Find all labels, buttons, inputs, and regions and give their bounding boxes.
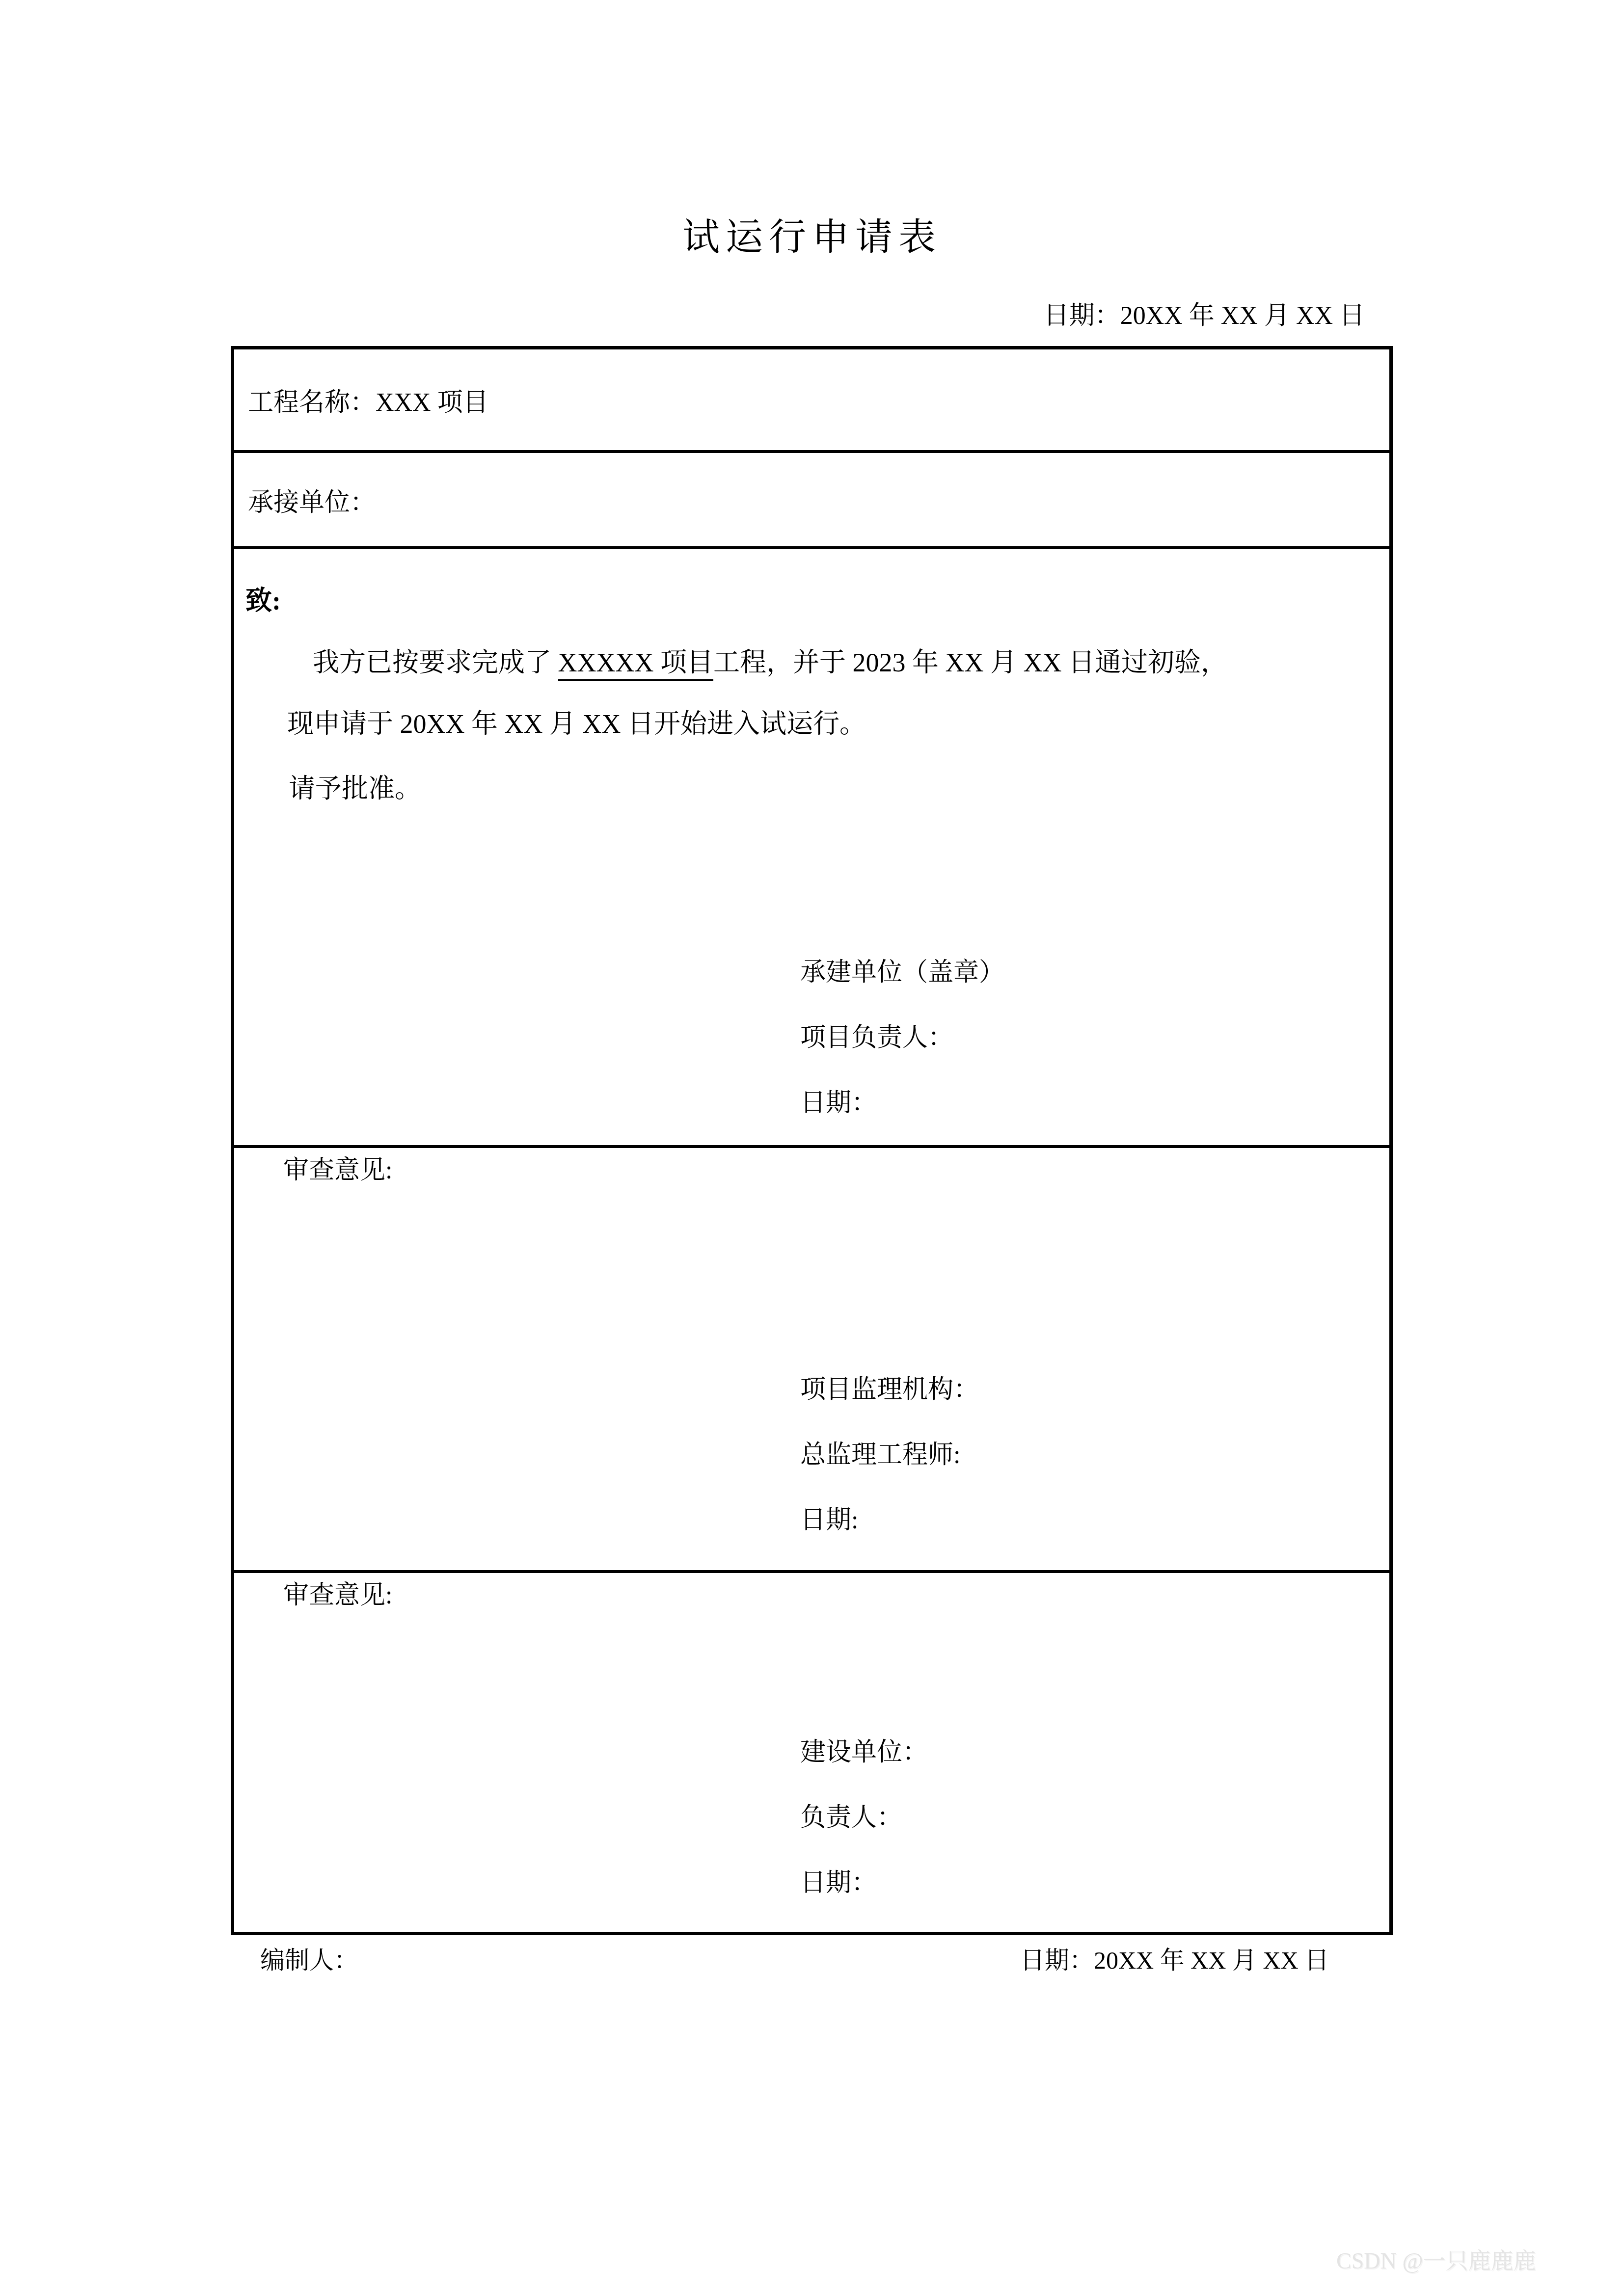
- chief-engineer-line: 总监理工程师:: [800, 1440, 979, 1505]
- owner-manager-line: 负责人：: [800, 1803, 928, 1868]
- underlined-project-name: XXXXX 项目: [558, 648, 714, 681]
- project-name-label: 工程名称：XXX 项目: [248, 381, 488, 418]
- row-review-supervisor: 审查意见: 项目监理机构： 总监理工程师: 日期:: [234, 1145, 1389, 1570]
- row-project-name: 工程名称：XXX 项目: [234, 349, 1389, 450]
- builder-unit-line: 承建单位（盖章）: [800, 958, 1004, 1023]
- watermark: CSDN @一只鹿鹿鹿: [1336, 2247, 1536, 2275]
- owner-unit-line: 建设单位：: [800, 1737, 928, 1803]
- row-review-owner: 审查意见: 建设单位： 负责人： 日期：: [234, 1570, 1389, 1932]
- paragraph-text-post: 工程，并于 2023 年 XX 月 XX 日通过初验，: [713, 648, 1227, 677]
- paragraph-text-pre: 我方已按要求完成了: [313, 648, 558, 677]
- builder-sign-block: 承建单位（盖章） 项目负责人： 日期：: [800, 958, 1004, 1153]
- owner-date-line: 日期：: [800, 1868, 928, 1933]
- contractor-label: 承接单位：: [248, 481, 376, 518]
- project-manager-line: 项目负责人：: [800, 1023, 1004, 1088]
- footer-date: 日期：20XX 年 XX 月 XX 日: [1020, 1945, 1329, 1976]
- row-contractor: 承接单位：: [234, 450, 1389, 546]
- review-opinion-label-2: 审查意见:: [283, 1580, 392, 1611]
- supervisor-sign-block: 项目监理机构： 总监理工程师: 日期:: [800, 1375, 979, 1571]
- owner-sign-block: 建设单位： 负责人： 日期：: [800, 1737, 928, 1933]
- top-date: 日期：20XX 年 XX 月 XX 日: [1044, 300, 1365, 332]
- review-opinion-label-1: 审查意见:: [283, 1155, 392, 1186]
- document-page: 试运行申请表 日期：20XX 年 XX 月 XX 日 工程名称：XXX 项目 承…: [0, 0, 1624, 2296]
- request-paragraph-line-2: 现申请于 20XX 年 XX 月 XX 日开始进入试运行。: [287, 706, 866, 742]
- footer-line: 编制人： 日期：20XX 年 XX 月 XX 日: [0, 1945, 1624, 1979]
- request-paragraph-line-3: 请予批准。: [289, 771, 421, 806]
- row-request: 致: 我方已按要求完成了 XXXXX 项目工程，并于 2023 年 XX 月 X…: [234, 546, 1389, 1145]
- supervisor-date-line: 日期:: [800, 1505, 979, 1571]
- builder-date-line: 日期：: [800, 1088, 1004, 1153]
- preparer-label: 编制人：: [260, 1945, 358, 1976]
- application-table: 工程名称：XXX 项目 承接单位： 致: 我方已按要求完成了 XXXXX 项目工…: [231, 346, 1393, 1935]
- doc-title: 试运行申请表: [0, 214, 1624, 261]
- to-label: 致:: [245, 580, 281, 617]
- supervision-org-line: 项目监理机构：: [800, 1375, 979, 1440]
- request-paragraph-line-1: 我方已按要求完成了 XXXXX 项目工程，并于 2023 年 XX 月 XX 日…: [313, 645, 1227, 680]
